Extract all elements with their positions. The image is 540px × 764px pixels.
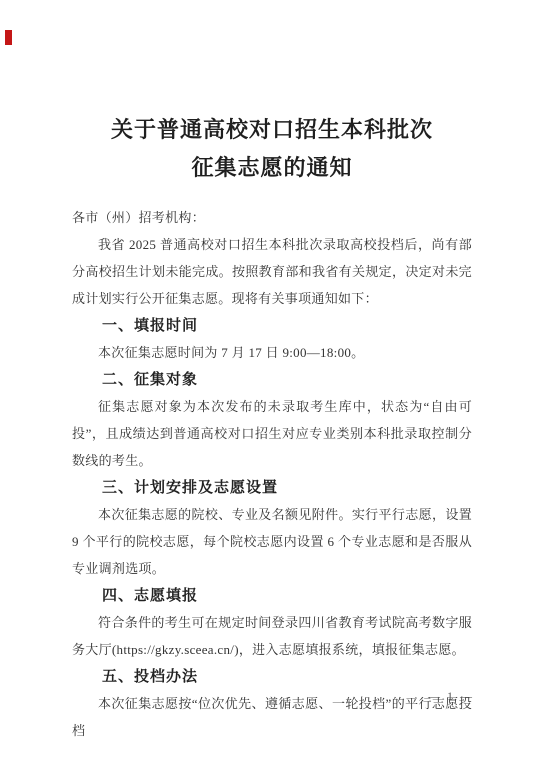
- intro-paragraph: 我省 2025 普通高校对口招生本科批次录取高校投档后，尚有部分高校招生计划未能…: [72, 231, 472, 312]
- section-paragraph: 本次征集志愿按“位次优先、遵循志愿、一轮投档”的平行志愿投档: [72, 690, 472, 744]
- title-line-1: 关于普通高校对口招生本科批次: [72, 111, 472, 149]
- page-number: — 1 —: [428, 689, 474, 704]
- section-heading: 四、志愿填报: [72, 582, 472, 609]
- section-paragraph: 符合条件的考生可在规定时间登录四川省教育考试院高考数字服务大厅(https://…: [72, 609, 472, 663]
- document-title: 关于普通高校对口招生本科批次 征集志愿的通知: [72, 111, 472, 187]
- section-paragraph: 本次征集志愿的院校、专业及名额见附件。实行平行志愿，设置 9 个平行的院校志愿，…: [72, 501, 472, 582]
- section-paragraph: 征集志愿对象为本次发布的未录取考生库中，状态为“自由可投”，且成绩达到普通高校对…: [72, 393, 472, 474]
- section-heading: 一、填报时间: [72, 312, 472, 339]
- document-page: 关于普通高校对口招生本科批次 征集志愿的通知 各市（州）招考机构： 我省 202…: [0, 0, 540, 744]
- section-heading: 三、计划安排及志愿设置: [72, 474, 472, 501]
- section-heading: 二、征集对象: [72, 366, 472, 393]
- document-body: 各市（州）招考机构： 我省 2025 普通高校对口招生本科批次录取高校投档后，尚…: [72, 204, 472, 744]
- section-paragraph: 本次征集志愿时间为 7 月 17 日 9:00—18:00。: [72, 339, 472, 366]
- title-line-2: 征集志愿的通知: [72, 149, 472, 187]
- section-heading: 五、投档办法: [72, 663, 472, 690]
- salutation: 各市（州）招考机构：: [72, 204, 472, 231]
- red-mark: [5, 30, 12, 45]
